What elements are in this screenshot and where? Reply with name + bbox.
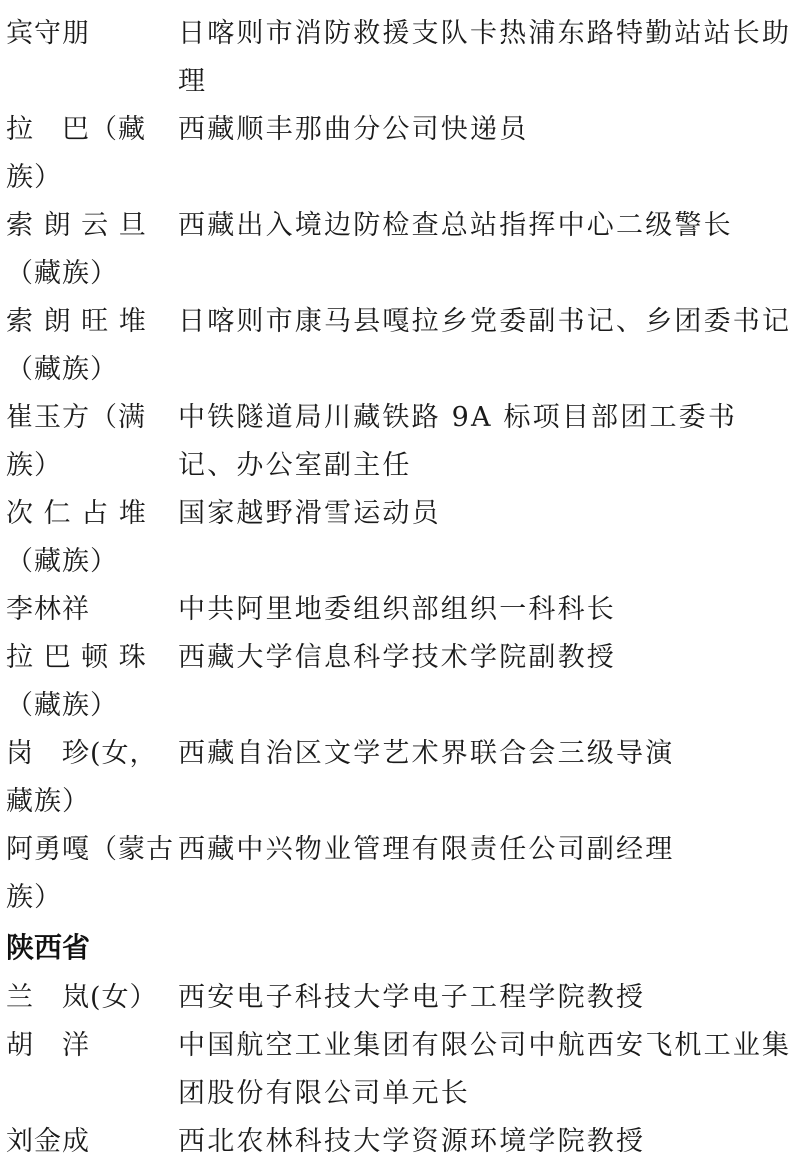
list-item: 拉 巴 顿 珠（藏族） 西藏大学信息科学技术学院副教授 (6, 634, 800, 730)
section-heading-shaanxi: 陕西省 (6, 922, 800, 974)
person-name: 胡 洋 (6, 1022, 178, 1070)
person-name: 拉 巴 顿 珠（藏族） (6, 634, 178, 730)
person-name: 宾守朋 (6, 10, 178, 58)
person-name: 拉 巴（藏族） (6, 106, 178, 202)
person-title: 西北农林科技大学资源环境学院教授 (178, 1118, 800, 1166)
list-item: 次 仁 占 堆（藏族） 国家越野滑雪运动员 (6, 490, 800, 586)
person-title: 日喀则市消防救援支队卡热浦东路特勤站站长助理 (178, 10, 800, 106)
person-title: 西藏顺丰那曲分公司快递员 (178, 106, 800, 154)
person-name: 崔玉方（满族） (6, 394, 178, 490)
person-title: 中共阿里地委组织部组织一科科长 (178, 586, 800, 634)
list-item: 拉 巴（藏族） 西藏顺丰那曲分公司快递员 (6, 106, 800, 202)
person-title: 中国航空工业集团有限公司中航西安飞机工业集团股份有限公司单元长 (178, 1022, 800, 1118)
list-item: 岗 珍(女，藏族） 西藏自治区文学艺术界联合会三级导演 (6, 730, 800, 826)
list-item: 李林祥 中共阿里地委组织部组织一科科长 (6, 586, 800, 634)
list-item: 兰 岚(女） 西安电子科技大学电子工程学院教授 (6, 974, 800, 1022)
list-item: 阿勇嘎（蒙古族） 西藏中兴物业管理有限责任公司副经理 (6, 826, 800, 922)
person-title: 西安电子科技大学电子工程学院教授 (178, 974, 800, 1022)
person-name: 李林祥 (6, 586, 178, 634)
person-title: 国家越野滑雪运动员 (178, 490, 800, 538)
list-item: 索 朗 云 旦（藏族） 西藏出入境边防检查总站指挥中心二级警长 (6, 202, 800, 298)
person-name: 索 朗 旺 堆（藏族） (6, 298, 178, 394)
entry-list-tibet: 宾守朋 日喀则市消防救援支队卡热浦东路特勤站站长助理 拉 巴（藏族） 西藏顺丰那… (6, 10, 800, 922)
document-page: 宾守朋 日喀则市消防救援支队卡热浦东路特勤站站长助理 拉 巴（藏族） 西藏顺丰那… (0, 0, 800, 1166)
person-title: 西藏大学信息科学技术学院副教授 (178, 634, 800, 682)
person-title: 西藏出入境边防检查总站指挥中心二级警长 (178, 202, 800, 250)
list-item: 宾守朋 日喀则市消防救援支队卡热浦东路特勤站站长助理 (6, 10, 800, 106)
entry-list-shaanxi: 兰 岚(女） 西安电子科技大学电子工程学院教授 胡 洋 中国航空工业集团有限公司… (6, 974, 800, 1166)
person-name: 索 朗 云 旦（藏族） (6, 202, 178, 298)
list-item: 索 朗 旺 堆（藏族） 日喀则市康马县嘎拉乡党委副书记、乡团委书记 (6, 298, 800, 394)
person-name: 岗 珍(女，藏族） (6, 730, 178, 826)
person-name: 兰 岚(女） (6, 974, 178, 1022)
list-item: 崔玉方（满族） 中铁隧道局川藏铁路 9A 标项目部团工委书记、办公室副主任 (6, 394, 800, 490)
list-item: 胡 洋 中国航空工业集团有限公司中航西安飞机工业集团股份有限公司单元长 (6, 1022, 800, 1118)
person-title: 中铁隧道局川藏铁路 9A 标项目部团工委书记、办公室副主任 (178, 394, 800, 490)
person-title: 日喀则市康马县嘎拉乡党委副书记、乡团委书记 (178, 298, 800, 346)
person-name: 阿勇嘎（蒙古族） (6, 826, 178, 922)
person-title: 西藏中兴物业管理有限责任公司副经理 (178, 826, 800, 874)
list-item: 刘金成 西北农林科技大学资源环境学院教授 (6, 1118, 800, 1166)
person-name: 刘金成 (6, 1118, 178, 1166)
person-title: 西藏自治区文学艺术界联合会三级导演 (178, 730, 800, 778)
person-name: 次 仁 占 堆（藏族） (6, 490, 178, 586)
